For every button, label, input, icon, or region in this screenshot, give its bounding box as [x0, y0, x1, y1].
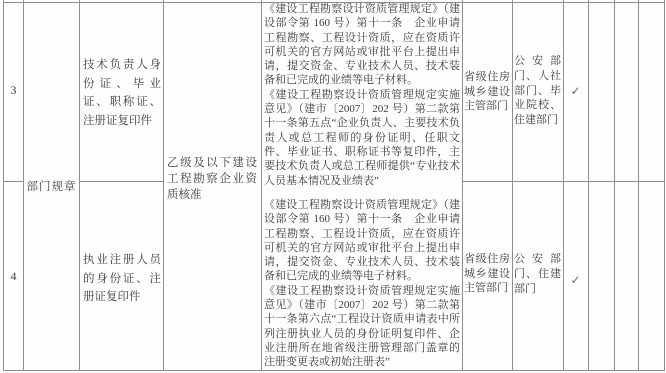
grid-line-vertical — [163, 0, 164, 371]
material-cell: 技术负责人身份证、毕业证、职称证、注册证复印件 — [83, 56, 161, 130]
grid-line-vertical — [638, 0, 639, 371]
grid-line-vertical — [588, 0, 589, 371]
departments-cell: 公安部门、人社部门、毕业院校、住建部门 — [514, 54, 561, 128]
grid-line-vertical — [512, 0, 513, 371]
legal-basis-paragraph: 《建设工程勘察设计资质管理规定实施意见》（建市〔2007〕202 号）第二款第十… — [264, 284, 460, 370]
scanned-table-page: 3 4 部门规章 技术负责人身份证、毕业证、职称证、注册证复印件 执业注册人员的… — [0, 0, 666, 373]
authority-cell: 省级住房城乡建设主管部门 — [464, 70, 510, 114]
grid-line-vertical — [261, 0, 262, 371]
grid-line-bottom-border — [3, 370, 665, 371]
grid-line-row-divider — [79, 181, 163, 182]
legal-basis-paragraph: 《建设工程勘察设计资质管理规定》（建设部令第 160 号）第十一条 企业申请工程… — [264, 2, 460, 88]
grid-line-row-divider — [462, 181, 665, 182]
departments-cell: 公安部门、住建部门 — [514, 252, 561, 296]
legal-basis-cell: 《建设工程勘察设计资质管理规定》（建设部令第 160 号）第十一条 企业申请工程… — [264, 198, 460, 370]
legal-basis-paragraph: 《建设工程勘察设计资质管理规定实施意见》（建市〔2007〕202 号）第二款第十… — [264, 88, 460, 188]
grid-line-vertical — [614, 0, 615, 371]
grid-line-vertical — [664, 0, 665, 371]
checkmark-icon: ✓ — [563, 84, 588, 98]
category-cell: 部门规章 — [24, 2, 79, 370]
grid-line-vertical — [462, 0, 463, 371]
grid-line-vertical — [563, 0, 564, 371]
material-cell: 执业注册人员的身份证、注册证复印件 — [83, 251, 161, 307]
row-number: 4 — [4, 182, 23, 370]
legal-basis-paragraph: 《建设工程勘察设计资质管理规定》（建设部令第 160 号）第十一条 企业申请工程… — [264, 198, 460, 284]
row-number: 3 — [4, 0, 23, 181]
grid-line-vertical — [79, 0, 80, 371]
authority-cell: 省级住房城乡建设主管部门 — [464, 252, 510, 296]
checkmark-icon: ✓ — [563, 273, 588, 287]
approval-item-cell: 乙级及以下建设工程勘察企业资质核准 — [167, 155, 257, 203]
legal-basis-cell: 《建设工程勘察设计资质管理规定》（建设部令第 160 号）第十一条 企业申请工程… — [264, 2, 460, 188]
